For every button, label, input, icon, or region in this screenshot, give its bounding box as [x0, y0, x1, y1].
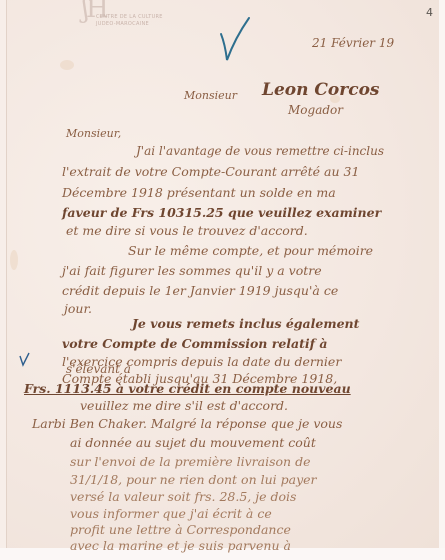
body-line: Je vous remets inclus également	[132, 318, 359, 331]
body-line: et me dire si vous le trouvez d'accord.	[66, 225, 308, 238]
body-line: ai donnée au sujet du mouvement coût	[70, 437, 316, 450]
check-mark-icon	[215, 14, 265, 66]
body-line: l'extrait de votre Compte-Courant arrêté…	[62, 166, 359, 179]
body-line: versé la valeur soit frs. 28.5, je dois	[70, 491, 296, 504]
paper-stain	[10, 250, 18, 270]
body-line: 31/1/18, pour ne rien dont on lui payer	[70, 474, 317, 487]
body-line: J'ai l'avantage de vous remettre ci-incl…	[136, 145, 384, 157]
letter-date: 21 Février 19	[312, 37, 394, 49]
body-line: j'ai fait figurer les sommes qu'il y a v…	[62, 265, 322, 278]
logo-line-1: CENTRE DE LA CULTURE	[96, 14, 163, 20]
body-line: avec la marine et je suis parvenu à	[70, 540, 291, 553]
body-line: vous informer que j'ai écrit à ce	[70, 508, 272, 521]
body-line: jour.	[64, 303, 92, 316]
body-line: Monsieur,	[66, 128, 121, 139]
recipient-city: Mogador	[288, 104, 343, 116]
body-line: Sur le même compte, et pour mémoire	[128, 245, 373, 258]
body-line: s'élevant à	[66, 363, 131, 375]
body-line: votre Compte de Commission relatif à	[62, 338, 327, 351]
paper-stain	[60, 60, 74, 70]
body-line: veuillez me dire s'il est d'accord.	[80, 400, 288, 413]
salutation-prefix: Monsieur	[184, 90, 237, 101]
recipient-name: Leon Corcos	[262, 82, 379, 99]
body-line: sur l'envoi de la première livraison de	[70, 456, 310, 469]
body-line-topic: Larbi Ben Chaker. Malgré la réponse que …	[32, 418, 342, 431]
page-number: 4	[426, 6, 433, 19]
body-line: crédit depuis le 1er Janvier 1919 jusqu'…	[62, 285, 338, 298]
scan-edge-right	[439, 0, 445, 560]
body-line: Décembre 1918 présentant un solde en ma	[62, 187, 336, 200]
logo-line-2: JUDEO-MAROCAINE	[96, 21, 149, 27]
body-line-credit: Frs. 1113.45 à votre crédit en compte no…	[24, 383, 351, 396]
body-line-amount: faveur de Frs 10315.25 que veuillez exam…	[62, 207, 381, 220]
body-line: profit une lettre à Correspondance	[70, 524, 291, 537]
archive-logo: ʃH CENTRE DE LA CULTURE JUDEO-MAROCAINE	[60, 0, 180, 32]
margin-check-mark-icon	[18, 352, 32, 368]
